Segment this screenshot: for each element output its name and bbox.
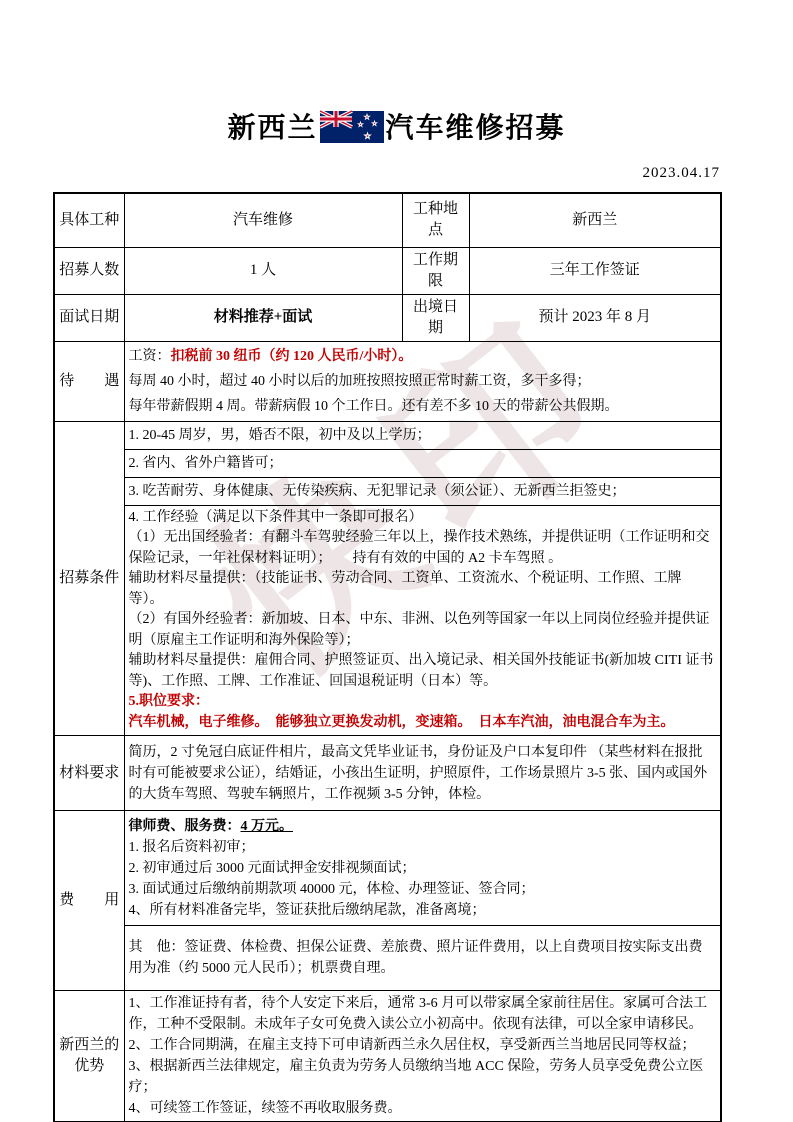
experience-paragraph: 辅助材料尽量提供：雇佣合同、护照签证页、出入境记录、相关国外技能证书(新加坡 C… (129, 651, 717, 692)
fee-step: 1. 报名后资料初审； (129, 837, 717, 858)
advantage-item: 3、根据新西兰法律规定，雇主负责为劳务人员缴纳当地 ACC 保险，劳务人员享受免… (129, 1056, 717, 1098)
advantage-item: 1、工作准证持有者，待个人安定下来后，通常 3-6 月可以带家属全家前往居住。家… (129, 993, 717, 1035)
table-row: 4. 工作经验（满足以下条件其中一条即可报名） （1）无出国经验者：有翻斗车驾驶… (54, 505, 721, 736)
advantages-content: 1、工作准证持有者，待个人安定下来后，通常 3-6 月可以带家属全家前往居住。家… (124, 991, 721, 1122)
advantage-item: 2、工作合同期满，在雇主支持下可申请新西兰永久居住权，享受新西兰当地居民同等权益… (129, 1035, 717, 1056)
label-job-location: 工种地点 (402, 193, 469, 247)
table-row: 具体工种 汽车维修 工种地点 新西兰 (54, 193, 721, 247)
page-title: 新西兰 汽车维修招募 (0, 106, 793, 153)
fees-main-block: 律师费、服务费：4 万元。 1. 报名后资料初审； 2. 初审通过后 3000 … (124, 811, 721, 926)
fees-headline: 律师费、服务费： (129, 819, 241, 834)
label-headcount: 招募人数 (54, 247, 124, 294)
label-departure-date: 出境日期 (402, 294, 469, 341)
position-requirements-title: 5.职位要求： (129, 692, 717, 713)
wage-prefix: 工资： (129, 349, 171, 364)
label-interview-date: 面试日期 (54, 294, 124, 341)
experience-paragraph: 辅助材料尽量提供：（技能证书、劳动合同、工资单、工资流水、个税证明、工作照、工牌… (129, 569, 717, 610)
wage-highlight: 扣税前 30 纽币（约 120 人民币/小时）。 (171, 349, 413, 364)
treatment-content: 工资：扣税前 30 纽币（约 120 人民币/小时）。 每周 40 小时，超过 … (124, 341, 721, 421)
table-row: 待 遇 工资：扣税前 30 纽币（约 120 人民币/小时）。 每周 40 小时… (54, 341, 721, 421)
value-headcount: 1 人 (124, 247, 402, 294)
label-fees: 费 用 (54, 811, 124, 991)
table-row: 招募条件 1. 20-45 周岁，男，婚否不限，初中及以上学历； (54, 421, 721, 449)
table-row: 费 用 律师费、服务费：4 万元。 1. 报名后资料初审； 2. 初审通过后 3… (54, 811, 721, 926)
recruitment-table: 具体工种 汽车维修 工种地点 新西兰 招募人数 1 人 工作期限 三年工作签证 … (53, 192, 722, 1122)
label-conditions: 招募条件 (54, 421, 124, 736)
fees-amount: 4 万元。 (241, 819, 294, 834)
document-date: 2023.04.17 (53, 165, 720, 182)
label-work-term: 工作期限 (402, 247, 469, 294)
label-treatment: 待 遇 (54, 341, 124, 421)
condition-experience-block: 4. 工作经验（满足以下条件其中一条即可报名） （1）无出国经验者：有翻斗车驾驶… (124, 505, 721, 736)
fees-other-block: 其 他：签证费、体检费、担保公证费、差旅费、照片证件费用，以上自费项目按实际支出… (124, 926, 721, 991)
experience-paragraph: （1）无出国经验者：有翻斗车驾驶经验三年以上，操作技术熟练，并提供证明（工作证明… (129, 528, 717, 569)
fee-step: 4、所有材料准备完毕，签证获批后缴纳尾款，准备离境； (129, 900, 717, 921)
table-row: 2. 省内、省外户籍皆可； (54, 449, 721, 477)
materials-content: 简历，2 寸免冠白底证件相片，最高文凭毕业证书，身份证及户口本复印件 （某些材料… (124, 736, 721, 811)
table-row: 3. 吃苦耐劳、身体健康、无传染疾病、无犯罪记录（须公证）、无新西兰拒签史； (54, 477, 721, 505)
experience-title: 4. 工作经验（满足以下条件其中一条即可报名） (129, 508, 717, 529)
new-zealand-flag-icon (320, 109, 384, 153)
table-row: 材料要求 简历，2 寸免冠白底证件相片，最高文凭毕业证书，身份证及户口本复印件 … (54, 736, 721, 811)
title-prefix: 新西兰 (227, 113, 317, 144)
value-interview-date: 材料推荐+面试 (124, 294, 402, 341)
title-suffix: 汽车维修招募 (386, 113, 566, 144)
value-job-type: 汽车维修 (124, 193, 402, 247)
value-job-location: 新西兰 (469, 193, 721, 247)
treatment-line: 每周 40 小时，超过 40 小时以后的加班按照按照正常时薪工资，多干多得； (129, 369, 717, 394)
experience-paragraph: （2）有国外经验者：新加坡、日本、中东、非洲、以色列等国家一年以上同岗位经验并提… (129, 610, 717, 651)
value-departure-date: 预计 2023 年 8 月 (469, 294, 721, 341)
label-advantages: 新西兰的优势 (54, 991, 124, 1122)
table-row: 招募人数 1 人 工作期限 三年工作签证 (54, 247, 721, 294)
fee-step: 3. 面试通过后缴纳前期款项 40000 元，体检、办理签证、签合同； (129, 879, 717, 900)
condition-item: 3. 吃苦耐劳、身体健康、无传染疾病、无犯罪记录（须公证）、无新西兰拒签史； (124, 477, 721, 505)
label-materials: 材料要求 (54, 736, 124, 811)
table-row: 其 他：签证费、体检费、担保公证费、差旅费、照片证件费用，以上自费项目按实际支出… (54, 926, 721, 991)
table-row: 新西兰的优势 1、工作准证持有者，待个人安定下来后，通常 3-6 月可以带家属全… (54, 991, 721, 1122)
table-row: 面试日期 材料推荐+面试 出境日期 预计 2023 年 8 月 (54, 294, 721, 341)
label-job-type: 具体工种 (54, 193, 124, 247)
value-work-term: 三年工作签证 (469, 247, 721, 294)
position-requirements-detail: 汽车机械，电子维修。 能够独立更换发动机，变速箱。 日本车汽油，油电混合车为主。 (129, 713, 717, 734)
treatment-line: 每年带薪假期 4 周。带薪病假 10 个工作日。还有差不多 10 天的带薪公共假… (129, 394, 717, 419)
fee-step: 2. 初审通过后 3000 元面试押金安排视频面试； (129, 858, 717, 879)
condition-item: 2. 省内、省外户籍皆可； (124, 449, 721, 477)
advantage-item: 4、可续签工作签证，续签不再收取服务费。 (129, 1098, 717, 1119)
condition-item: 1. 20-45 周岁，男，婚否不限，初中及以上学历； (124, 421, 721, 449)
